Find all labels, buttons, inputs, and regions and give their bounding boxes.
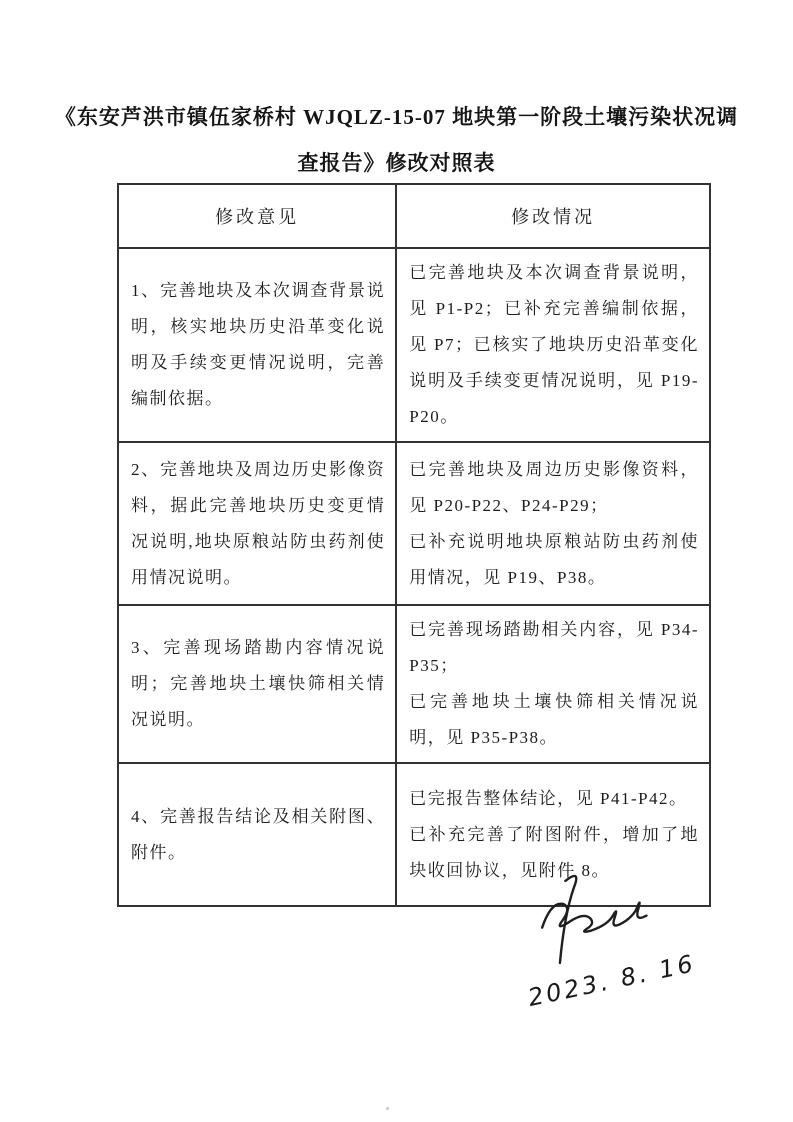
document-title-line2: 查报告》修改对照表 — [40, 140, 753, 186]
response-text-2b: 已补充说明地块原粮站防虫药剂使用情况，见 P19、P38。 — [409, 524, 699, 596]
table-row: 3、完善现场踏勘内容情况说明；完善地块土壤快筛相关情况说明。 已完善现场踏勘相关… — [118, 605, 710, 763]
header-revision-opinion: 修改意见 — [118, 184, 396, 248]
revision-comparison-table: 修改意见 修改情况 1、完善地块及本次调查背景说明，核实地块历史沿革变化说明及手… — [117, 183, 711, 907]
response-cell-1: 已完善地块及本次调查背景说明，见 P1-P2；已补充完善编制依据，见 P7；已核… — [396, 248, 710, 442]
opinion-cell-1: 1、完善地块及本次调查背景说明，核实地块历史沿革变化说明及手续变更情况说明，完善… — [118, 248, 396, 442]
response-text-2a: 已完善地块及周边历史影像资料，见 P20-P22、P24-P29； — [409, 452, 699, 524]
revision-table-container: 修改意见 修改情况 1、完善地块及本次调查背景说明，核实地块历史沿革变化说明及手… — [117, 183, 711, 907]
document-title-line1: 《东安芦洪市镇伍家桥村 WJQLZ-15-07 地块第一阶段土壤污染状况调 — [40, 94, 753, 140]
signature-date: 2023. 8. 16 — [526, 949, 699, 1012]
response-cell-3: 已完善现场踏勘相关内容，见 P34-P35； 已完善地块土壤快筛相关情况说明，见… — [396, 605, 710, 763]
scan-artifact-speck — [386, 1107, 389, 1110]
table-row: 1、完善地块及本次调查背景说明，核实地块历史沿革变化说明及手续变更情况说明，完善… — [118, 248, 710, 442]
response-text-1a: 已完善地块及本次调查背景说明，见 P1-P2；已补充完善编制依据，见 P7；已核… — [409, 255, 699, 435]
opinion-cell-2: 2、完善地块及周边历史影像资料，据此完善地块历史变更情况说明,地块原粮站防虫药剂… — [118, 442, 396, 605]
opinion-text-1: 1、完善地块及本次调查背景说明，核实地块历史沿革变化说明及手续变更情况说明，完善… — [131, 273, 385, 417]
scanned-document-page: 《东安芦洪市镇伍家桥村 WJQLZ-15-07 地块第一阶段土壤污染状况调 查报… — [0, 0, 793, 1122]
response-text-3a: 已完善现场踏勘相关内容，见 P34-P35； — [409, 612, 699, 684]
response-text-4a: 已完报告整体结论，见 P41-P42。 — [409, 781, 699, 817]
table-row: 2、完善地块及周边历史影像资料，据此完善地块历史变更情况说明,地块原粮站防虫药剂… — [118, 442, 710, 605]
opinion-text-3: 3、完善现场踏勘内容情况说明；完善地块土壤快筛相关情况说明。 — [131, 630, 385, 738]
opinion-cell-4: 4、完善报告结论及相关附图、附件。 — [118, 763, 396, 906]
opinion-text-4: 4、完善报告结论及相关附图、附件。 — [131, 799, 385, 871]
handwritten-signature-block: 2023. 8. 16 — [505, 862, 735, 1012]
signature-icon: 2023. 8. 16 — [505, 862, 735, 1012]
opinion-cell-3: 3、完善现场踏勘内容情况说明；完善地块土壤快筛相关情况说明。 — [118, 605, 396, 763]
response-text-3b: 已完善地块土壤快筛相关情况说明，见 P35-P38。 — [409, 684, 699, 756]
response-cell-2: 已完善地块及周边历史影像资料，见 P20-P22、P24-P29； 已补充说明地… — [396, 442, 710, 605]
opinion-text-2: 2、完善地块及周边历史影像资料，据此完善地块历史变更情况说明,地块原粮站防虫药剂… — [131, 452, 385, 596]
document-title: 《东安芦洪市镇伍家桥村 WJQLZ-15-07 地块第一阶段土壤污染状况调 查报… — [40, 94, 753, 186]
header-revision-status: 修改情况 — [396, 184, 710, 248]
table-header-row: 修改意见 修改情况 — [118, 184, 710, 248]
